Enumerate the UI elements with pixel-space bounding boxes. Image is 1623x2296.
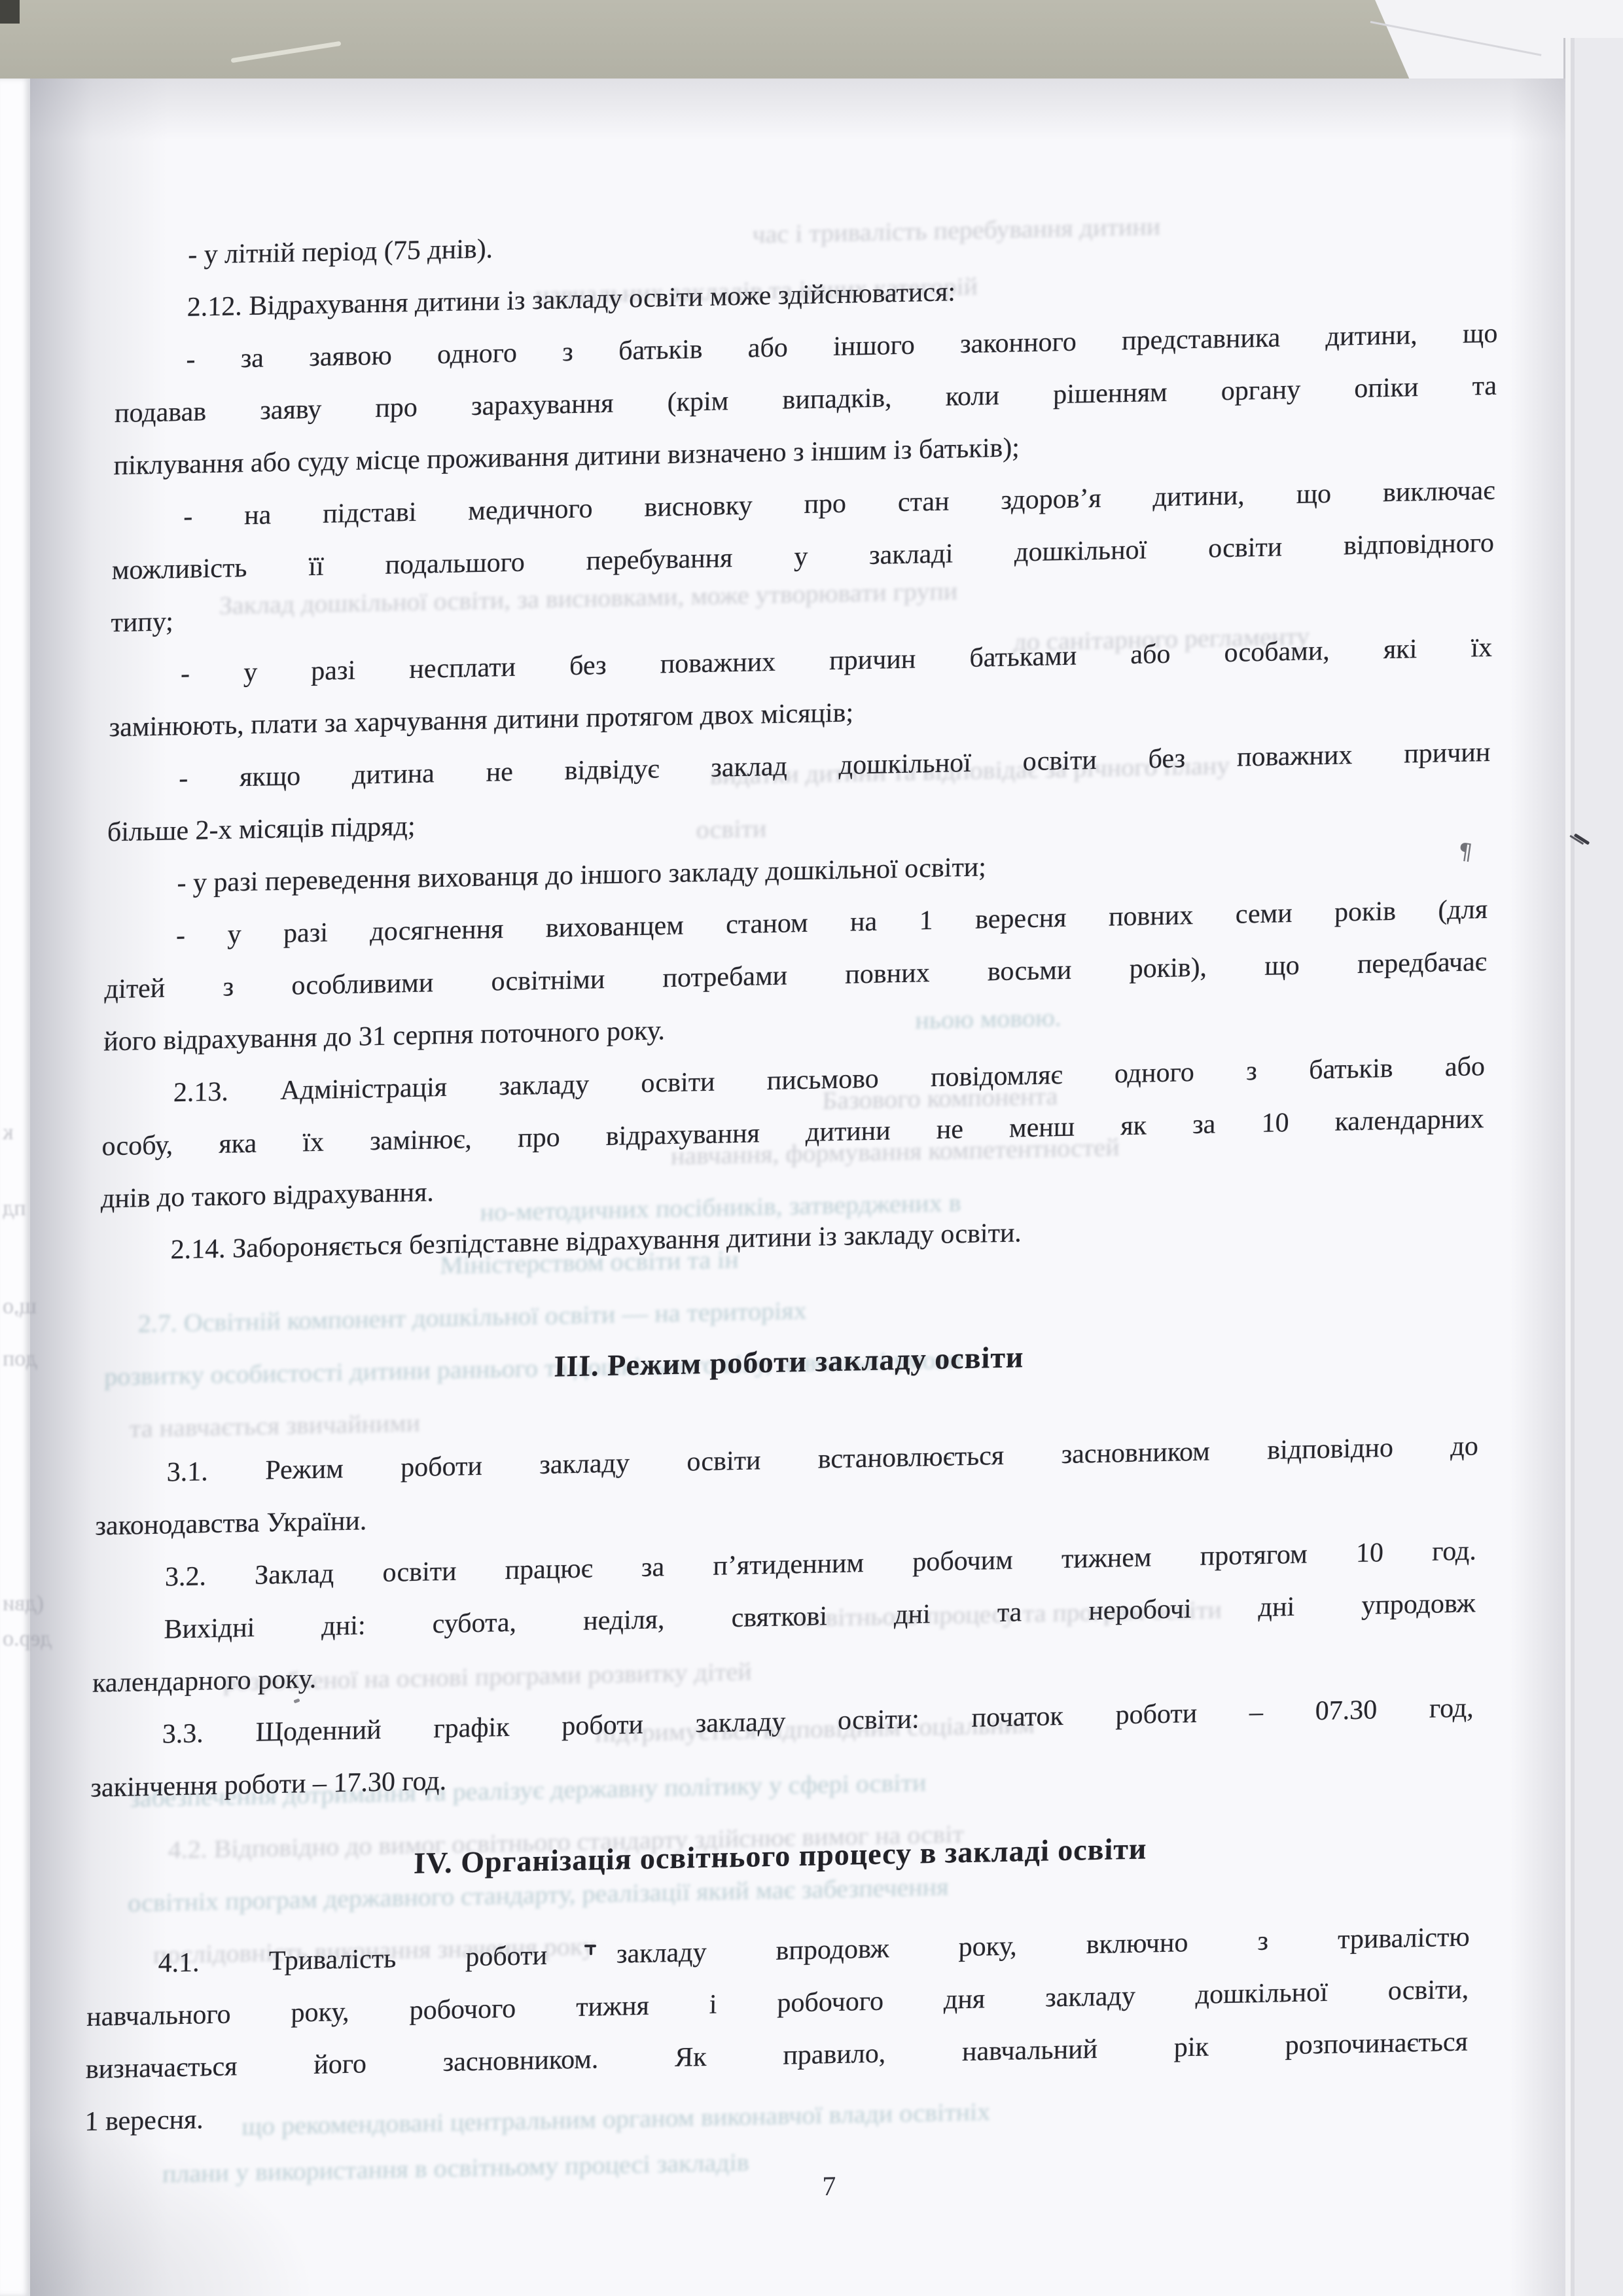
document-text: - у літній період (75 днів).2.12. Відрах… — [84, 203, 1500, 2148]
page-number: 7 — [806, 2170, 853, 2202]
document-skew-wrapper: час і тривалість перебування дитининавча… — [84, 203, 1500, 2148]
underlying-pages-strip — [0, 79, 30, 2296]
band-scratch — [230, 41, 341, 63]
edge-fragment: пд — [3, 1196, 26, 1221]
edge-fragment: к — [3, 1120, 14, 1145]
edge-fragment: доп — [3, 1347, 37, 1371]
section-heading-iii: III. Режим роботи закладу освіти — [98, 1322, 1480, 1402]
page-right-edge — [1563, 38, 1623, 2296]
section-heading-iv: IV. Організація освітнього процесу в зак… — [89, 1816, 1472, 1896]
scanner-band — [0, 0, 1410, 81]
edge-fragment: (дви — [3, 1591, 44, 1616]
scanned-document-page: { "page": { "number": "7" }, "colors": {… — [0, 0, 1623, 2296]
edge-fragment: щ,о — [3, 1294, 37, 1319]
pen-mark-caret — [584, 1945, 597, 1955]
scan-corner-shadow — [0, 0, 20, 24]
edge-fragment: дер.о — [3, 1627, 52, 1651]
